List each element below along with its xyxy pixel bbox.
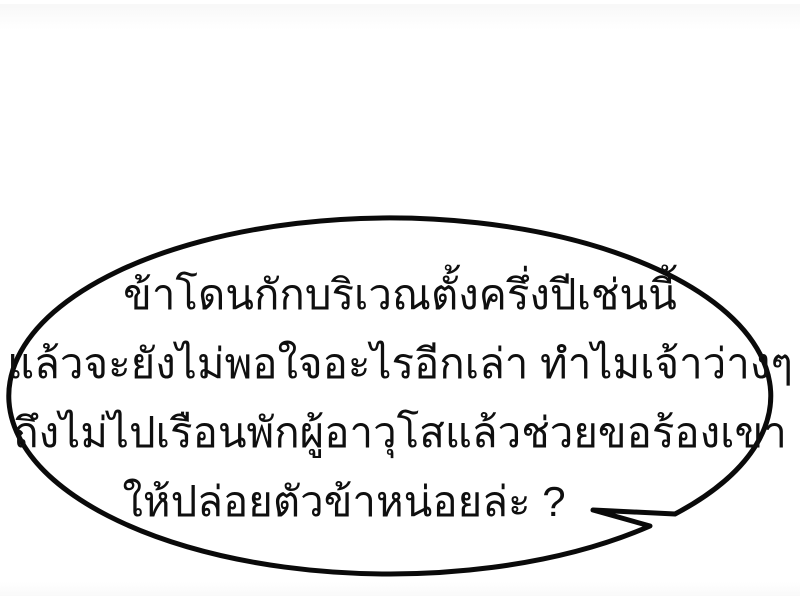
- dialogue-line-1: ข้าโดนกักบริเวณตั้งครึ่งปีเช่นนี้: [0, 260, 800, 329]
- dialogue-line-4: ให้ปล่อยตัวข้าหน่อยล่ะ ?: [0, 467, 744, 536]
- dialogue-line-2: แล้วจะยังไม่พอใจอะไรอีกเล่า ทำไมเจ้าว่าง…: [0, 329, 800, 398]
- comic-panel: ข้าโดนกักบริเวณตั้งครึ่งปีเช่นนี้ แล้วจะ…: [0, 0, 800, 596]
- dialogue-line-3: ถึงไม่ไปเรือนพักผู้อาวุโสแล้วช่วยขอร้องเ…: [0, 398, 800, 467]
- dialogue-text: ข้าโดนกักบริเวณตั้งครึ่งปีเช่นนี้ แล้วจะ…: [0, 260, 800, 536]
